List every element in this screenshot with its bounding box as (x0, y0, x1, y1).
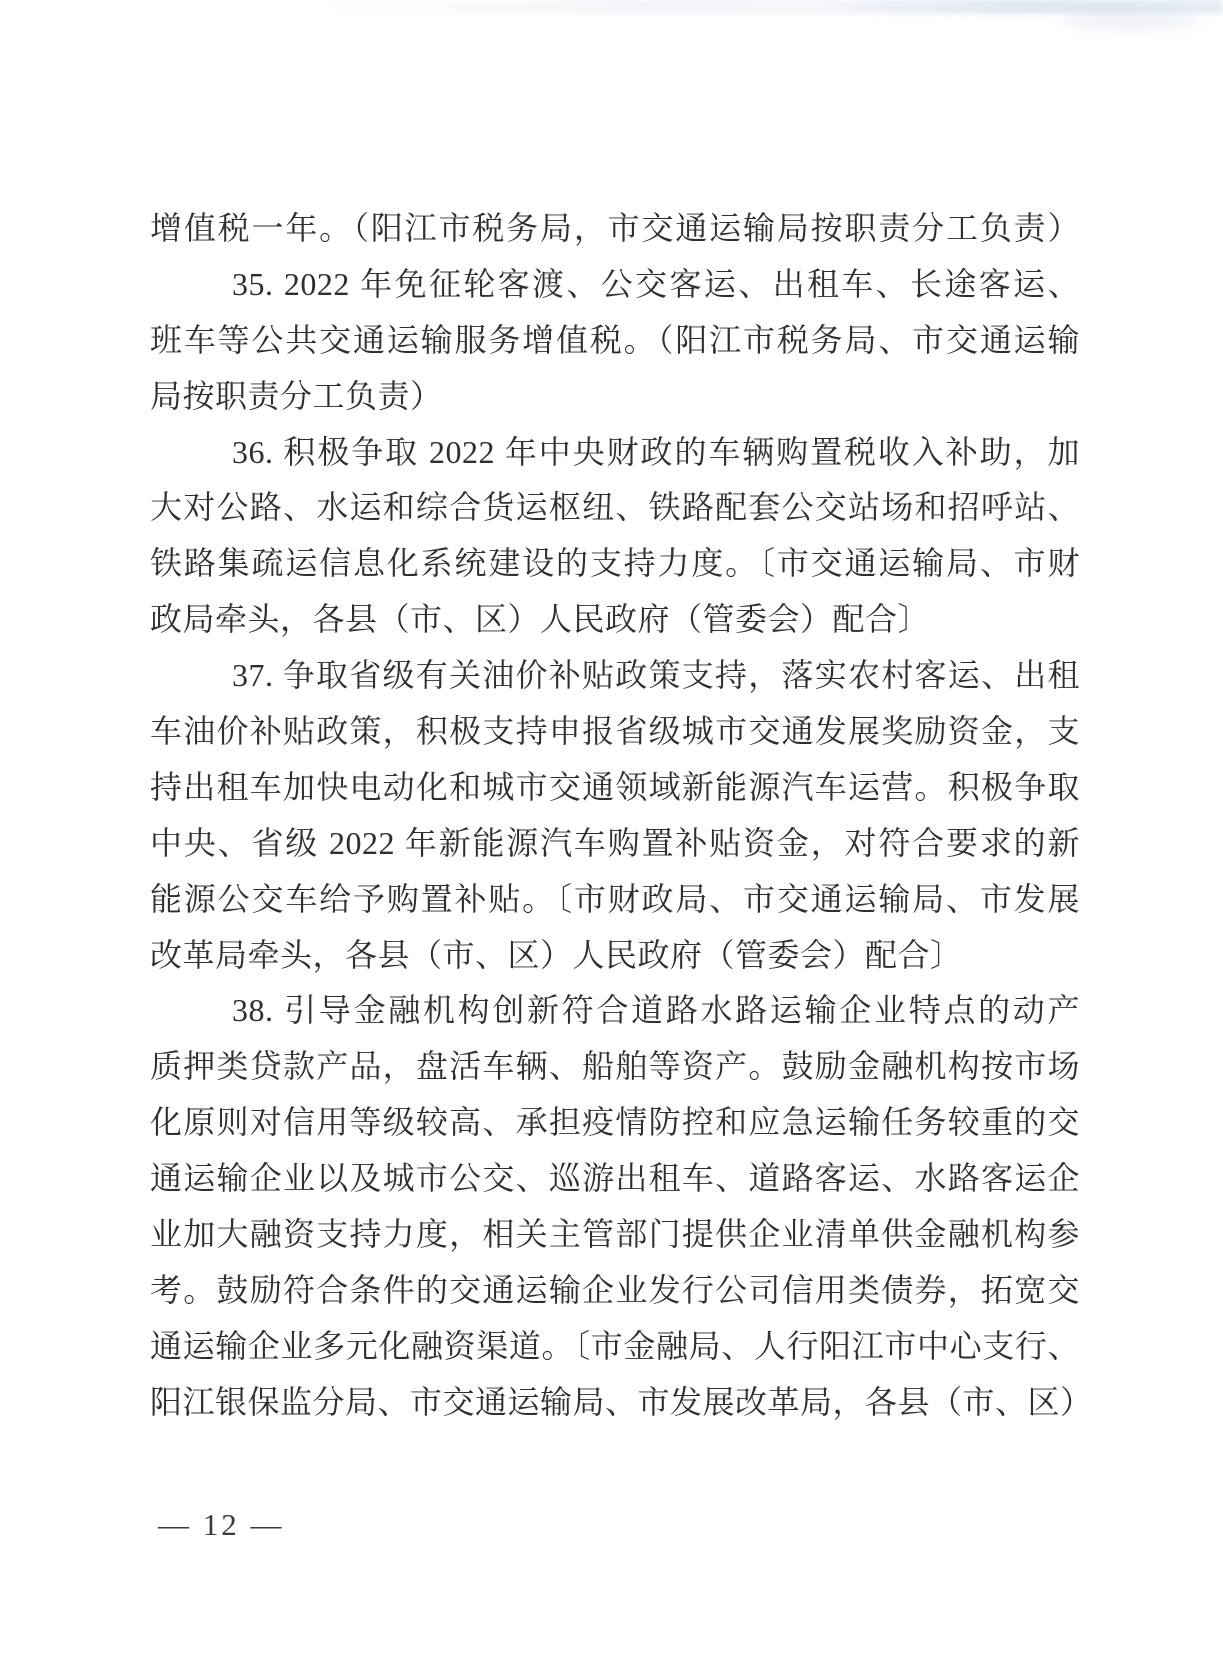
text-line: 车油价补贴政策，积极支持申报省级城市交通发展奖励资金，支 (150, 704, 1080, 760)
document-page: 增值税一年。（阳江市税务局，市交通运输局按职责分工负责）35. 2022 年免征… (0, 0, 1223, 1658)
text-line: 持出租车加快电动化和城市交通领域新能源汽车运营。积极争取 (150, 760, 1080, 816)
text-line: 36. 积极争取 2022 年中央财政的车辆购置税收入补助，加 (150, 425, 1080, 481)
text-line: 局按职责分工负责） (150, 369, 1080, 425)
text-line: 政局牵头，各县（市、区）人民政府（管委会）配合〕 (150, 592, 1080, 648)
document-body: 增值税一年。（阳江市税务局，市交通运输局按职责分工负责）35. 2022 年免征… (150, 201, 1080, 1431)
text-line: 35. 2022 年免征轮客渡、公交客运、出租车、长途客运、 (150, 257, 1080, 313)
scan-artifact-corner (1060, 10, 1200, 32)
text-line: 化原则对信用等级较高、承担疫情防控和应急运输任务较重的交 (150, 1095, 1080, 1151)
text-line: 考。鼓励符合条件的交通运输企业发行公司信用类债券，拓宽交 (150, 1263, 1080, 1319)
text-line: 阳江银保监分局、市交通运输局、市发展改革局，各县（市、区） (150, 1375, 1080, 1431)
text-line: 业加大融资支持力度，相关主管部门提供企业清单供金融机构参 (150, 1207, 1080, 1263)
text-line: 改革局牵头，各县（市、区）人民政府（管委会）配合〕 (150, 928, 1080, 984)
text-line: 38. 引导金融机构创新符合道路水路运输企业特点的动产 (150, 983, 1080, 1039)
text-line: 大对公路、水运和综合货运枢纽、铁路配套公交站场和招呼站、 (150, 480, 1080, 536)
text-line: 37. 争取省级有关油价补贴政策支持，落实农村客运、出租 (150, 648, 1080, 704)
text-line: 班车等公共交通运输服务增值税。（阳江市税务局、市交通运输 (150, 313, 1080, 369)
text-line: 能源公交车给予购置补贴。〔市财政局、市交通运输局、市发展 (150, 872, 1080, 928)
text-line: 通运输企业多元化融资渠道。〔市金融局、人行阳江市中心支行、 (150, 1319, 1080, 1375)
page-number: — 12 — (158, 1505, 285, 1545)
text-line: 增值税一年。（阳江市税务局，市交通运输局按职责分工负责） (150, 201, 1080, 257)
text-line: 质押类贷款产品，盘活车辆、船舶等资产。鼓励金融机构按市场 (150, 1039, 1080, 1095)
text-line: 铁路集疏运信息化系统建设的支持力度。〔市交通运输局、市财 (150, 536, 1080, 592)
text-line: 中央、省级 2022 年新能源汽车购置补贴资金，对符合要求的新 (150, 816, 1080, 872)
text-line: 通运输企业以及城市公交、巡游出租车、道路客运、水路客运企 (150, 1151, 1080, 1207)
